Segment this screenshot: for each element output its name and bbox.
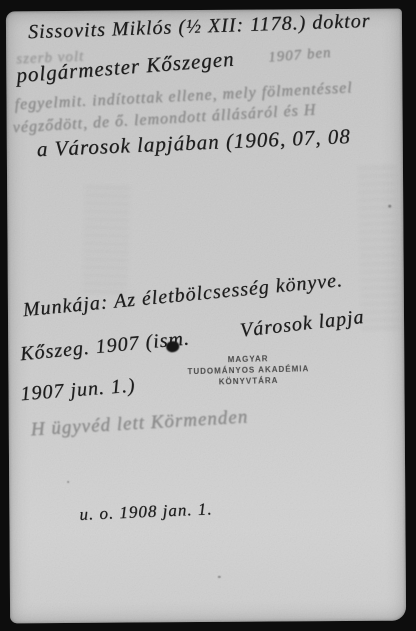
pencil-year-note: 1907 ben bbox=[268, 45, 333, 67]
paper-speck bbox=[388, 205, 391, 208]
handwritten-name-line: Sissovits Miklós (½ XII: 1178.) doktor bbox=[28, 10, 371, 44]
handwritten-work-journal-ref: Városok lapja bbox=[239, 306, 366, 343]
paper-speck bbox=[67, 481, 69, 483]
handwritten-work-place-line: Kőszeg. 1907 (ism. bbox=[19, 327, 191, 366]
bleedthrough-smudge-left bbox=[82, 186, 131, 299]
handwritten-bottom-date-line: u. o. 1908 jan. 1. bbox=[79, 499, 213, 525]
paper-speck bbox=[218, 576, 221, 578]
scanned-photo-frame: Sissovits Miklós (½ XII: 1178.) doktor s… bbox=[0, 0, 416, 631]
paper-card: Sissovits Miklós (½ XII: 1178.) doktor s… bbox=[6, 9, 406, 624]
bleedthrough-smudge-right bbox=[358, 166, 400, 335]
handwritten-work-date-line: 1907 jun. 1.) bbox=[20, 374, 137, 406]
pencil-lawyer-line: H ügyvéd lett Körmenden bbox=[30, 406, 249, 441]
library-stamp: MAGYAR TUDOMÁNYOS AKADÉMIA KÖNYVTÁRA bbox=[166, 352, 331, 389]
